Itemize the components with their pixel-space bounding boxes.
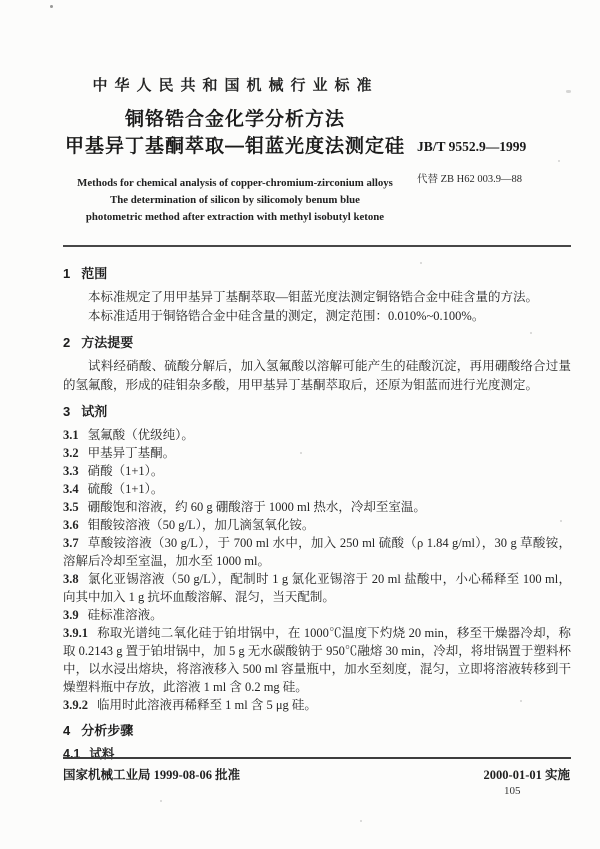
section-title: 方法提要 (81, 335, 133, 350)
item-number: 3.4 (63, 482, 79, 496)
approval-note: 国家机械工业局 1999-08-06 批准 (63, 765, 240, 783)
item-text: 硫酸（1+1）。 (88, 482, 164, 496)
section-number: 1 (63, 266, 70, 281)
item-text: 氢氟酸（优级纯）。 (88, 428, 194, 442)
section-title: 分析步骤 (81, 723, 133, 738)
reagent-item: 3.1氢氟酸（优级纯）。 (63, 426, 571, 444)
item-number: 3.1 (63, 428, 79, 442)
item-number: 3.7 (63, 536, 79, 550)
item-text: 临用时此溶液再稀释至 1 ml 含 5 μg 硅。 (97, 698, 317, 712)
page-number: 105 (504, 785, 521, 797)
reagent-item: 3.4硫酸（1+1）。 (63, 480, 571, 498)
reagent-item: 3.9.2临用时此溶液再稀释至 1 ml 含 5 μg 硅。 (63, 696, 571, 714)
item-text: 草酸铵溶液（30 g/L），于 700 ml 水中，加入 250 ml 硫酸（ρ… (63, 536, 571, 568)
paragraph: 本标准适用于铜铬锆合金中硅含量的测定，测定范围：0.010%~0.100%。 (63, 307, 571, 326)
scan-noise (530, 332, 532, 334)
section-1-heading: 1范围 (63, 266, 571, 281)
item-text: 称取光谱纯二氧化硅于铂坩锅中，在 1000℃温度下灼烧 20 min，移至干燥器… (63, 626, 571, 694)
title-en-line3: photometric method after extraction with… (55, 209, 415, 226)
reagent-item: 3.2甲基异丁基酮。 (63, 444, 571, 462)
section-2-heading: 2方法提要 (63, 335, 571, 350)
title-en-line1: Methods for chemical analysis of copper-… (55, 175, 415, 192)
replaces-note: 代替 ZB H62 003.9—88 (417, 171, 522, 186)
reagent-item: 3.9硅标准溶液。 (63, 606, 571, 624)
paragraph: 本标准规定了用甲基异丁基酮萃取—钼蓝光度法测定铜铬锆合金中硅含量的方法。 (63, 288, 571, 307)
section-4-heading: 4分析步骤 (63, 723, 571, 738)
item-text: 硝酸（1+1）。 (88, 464, 164, 478)
header-rule (63, 245, 571, 247)
section-title: 范围 (81, 266, 107, 281)
reagent-item: 3.8氯化亚锡溶液（50 g/L），配制时 1 g 氯化亚锡溶于 20 ml 盐… (63, 570, 571, 606)
standard-number: JB/T 9552.9—1999 (417, 139, 526, 155)
item-number: 3.2 (63, 446, 79, 460)
scan-noise (566, 90, 571, 93)
item-number: 3.9.2 (63, 698, 88, 712)
scanned-standard-page: 中华人民共和国机械行业标准 铜铬锆合金化学分析方法 甲基异丁基酮萃取—钼蓝光度法… (0, 0, 600, 849)
scan-noise (520, 700, 522, 702)
title-en-line2: The determination of silicon by silicomo… (55, 192, 415, 209)
standard-category-header: 中华人民共和国机械行业标准 (63, 74, 408, 95)
item-number: 3.8 (63, 572, 79, 586)
item-text: 甲基异丁基酮。 (88, 446, 176, 460)
reagent-item: 3.6钼酸铵溶液（50 g/L），加几滴氢氧化铵。 (63, 516, 571, 534)
scan-noise (420, 262, 422, 264)
scan-noise (360, 820, 362, 822)
item-text: 钼酸铵溶液（50 g/L），加几滴氢氧化铵。 (88, 518, 315, 532)
item-number: 3.3 (63, 464, 79, 478)
title-chinese: 铜铬锆合金化学分析方法 甲基异丁基酮萃取—钼蓝光度法测定硅 (55, 107, 415, 160)
item-text: 氯化亚锡溶液（50 g/L），配制时 1 g 氯化亚锡溶于 20 ml 盐酸中，… (63, 572, 571, 604)
scan-noise (560, 520, 562, 522)
scan-noise (558, 160, 560, 162)
section-title: 试剂 (81, 404, 107, 419)
scan-noise (90, 560, 92, 562)
footer-rule (63, 757, 571, 759)
section-3-heading: 3试剂 (63, 404, 571, 419)
document-body: 1范围 本标准规定了用甲基异丁基酮萃取—钼蓝光度法测定铜铬锆合金中硅含量的方法。… (63, 257, 571, 763)
reagent-item: 3.9.1称取光谱纯二氧化硅于铂坩锅中，在 1000℃温度下灼烧 20 min，… (63, 624, 571, 696)
section-number: 4 (63, 723, 70, 738)
reagent-item: 3.7草酸铵溶液（30 g/L），于 700 ml 水中，加入 250 ml 硫… (63, 534, 571, 570)
item-number: 3.6 (63, 518, 79, 532)
scan-noise (300, 452, 302, 454)
subsection-heading: 4.1试料 (63, 745, 571, 763)
reagent-item: 3.3硝酸（1+1）。 (63, 462, 571, 480)
title-cn-line2: 甲基异丁基酮萃取—钼蓝光度法测定硅 (55, 134, 415, 161)
item-number: 3.9 (63, 608, 79, 622)
reagent-item: 3.5硼酸饱和溶液，约 60 g 硼酸溶于 1000 ml 热水，冷却至室温。 (63, 498, 571, 516)
item-text: 硅标准溶液。 (88, 608, 163, 622)
implementation-note: 2000-01-01 实施 (484, 765, 570, 783)
title-english: Methods for chemical analysis of copper-… (55, 175, 415, 225)
item-text: 硼酸饱和溶液，约 60 g 硼酸溶于 1000 ml 热水，冷却至室温。 (88, 500, 426, 514)
paragraph: 试料经硝酸、硫酸分解后，加入氢氟酸以溶解可能产生的硅酸沉淀，再用硼酸络合过量的氢… (63, 357, 571, 395)
scan-noise (160, 800, 162, 802)
section-number: 3 (63, 404, 70, 419)
item-number: 3.9.1 (63, 626, 88, 640)
scan-noise (50, 5, 53, 8)
item-number: 3.5 (63, 500, 79, 514)
section-number: 2 (63, 335, 70, 350)
title-cn-line1: 铜铬锆合金化学分析方法 (55, 107, 415, 134)
